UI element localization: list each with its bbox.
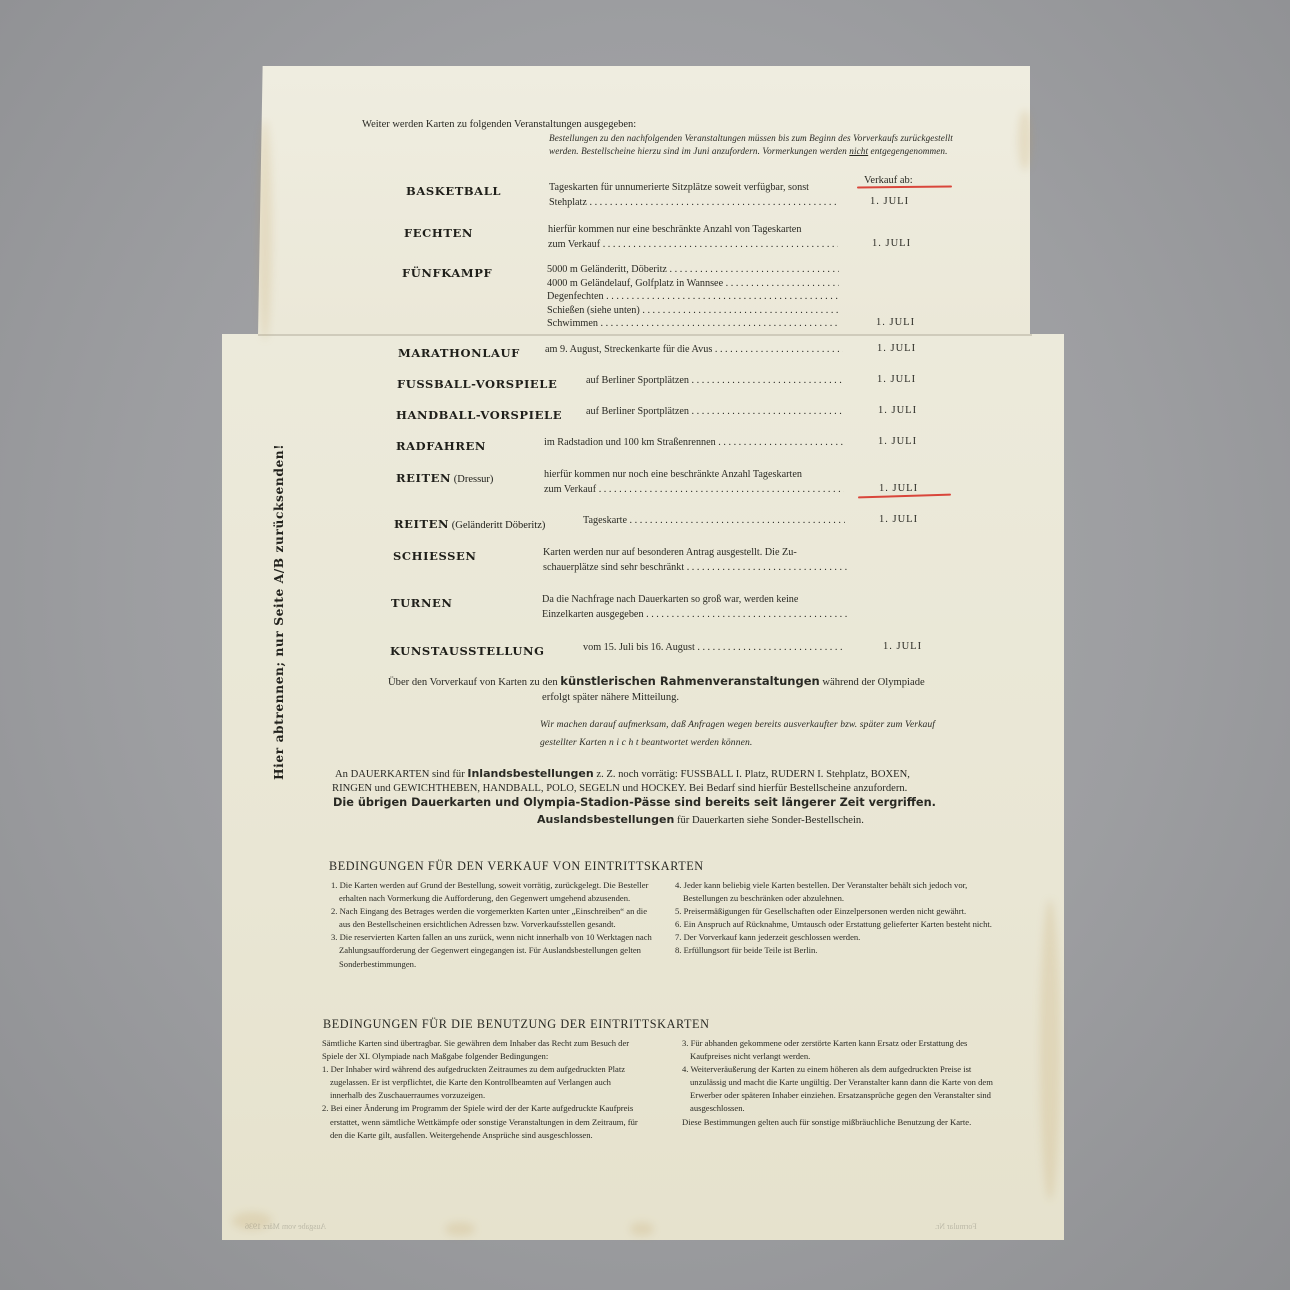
event-name: SCHIESSEN [393, 549, 477, 563]
event-title: RADFAHREN [396, 439, 486, 453]
foreign-orders-text: für Dauerkarten siehe Sonder-Bestellsche… [674, 815, 864, 826]
condition-item: 3. Für abhanden gekommene oder zerstörte… [682, 1037, 1000, 1063]
foreign-orders-emphasis: Auslandsbestellungen [537, 813, 674, 826]
event-title: REITEN [394, 517, 449, 531]
usage-conditions-right: 3. Für abhanden gekommene oder zerstörte… [682, 1037, 1000, 1129]
sales-conditions-left: 1. Die Karten werden auf Grund der Beste… [331, 879, 656, 971]
stain [258, 120, 272, 340]
season-text: z. Z. noch vorrätig: FUSSBALL I. Platz, … [594, 769, 910, 780]
notice-emphasis: künstlerischen Rahmenveranstaltungen [560, 674, 819, 688]
event-title: FUSSBALL-VORSPIELE [397, 377, 557, 391]
event-description-line: Da die Nachfrage nach Dauerkarten so gro… [542, 593, 847, 607]
event-description-line: 5000 m Geländeritt, Döberitz [547, 263, 839, 277]
event-description-line: Schwimmen [547, 317, 839, 331]
event-name: REITEN (Dressur) [396, 471, 493, 485]
event-title: TURNEN [391, 596, 453, 610]
stain [445, 1222, 475, 1236]
stain [1018, 110, 1032, 170]
event-title: BASKETBALL [406, 184, 501, 198]
sales-conditions-title: BEDINGUNGEN FÜR DEN VERKAUF VON EINTRITT… [329, 859, 704, 874]
sale-date: 1. JULI [883, 641, 922, 652]
event-title: FECHTEN [404, 226, 473, 240]
condition-item: 2. Bei einer Änderung im Programm der Sp… [322, 1102, 644, 1141]
event-name: KUNSTAUSSTELLUNG [390, 644, 545, 658]
season-emphasis: Inlandsbestellungen [467, 767, 593, 780]
detach-instruction: Hier abtrennen; nur Seite A/B zurücksend… [272, 444, 286, 780]
event-name: FÜNFKAMPF [402, 266, 492, 280]
condition-item: 6. Ein Anspruch auf Rücknahme, Umtausch … [675, 918, 995, 931]
event-name: REITEN (Geländeritt Döberitz) [394, 517, 545, 531]
sale-start-header: Verkauf ab: [864, 175, 913, 186]
event-subtitle: (Dressur) [451, 474, 493, 485]
event-title: KUNSTAUSSTELLUNG [390, 644, 545, 658]
sale-date: 1. JULI [876, 317, 915, 328]
event-description-line: im Radstadion und 100 km Straßenrennen [544, 436, 844, 450]
usage-items-left: 1. Der Inhaber wird während des aufgedru… [322, 1063, 644, 1142]
fold-crease [258, 334, 1032, 336]
notice-text: Über den Vorverkauf von Karten zu den [388, 677, 560, 688]
condition-item: 8. Erfüllungsort für beide Teile ist Ber… [675, 944, 995, 957]
usage-intro: Sämtliche Karten sind übertragbar. Sie g… [322, 1037, 644, 1063]
event-description-line: Karten werden nur auf besonderen Antrag … [543, 546, 847, 560]
order-note-line-1: Bestellungen zu den nachfolgenden Verans… [549, 133, 953, 143]
sale-date: 1. JULI [872, 238, 911, 249]
note-text: werden. Bestellscheine hierzu sind im Ju… [549, 146, 849, 156]
event-description-line: 4000 m Geländelauf, Golfplatz in Wannsee [547, 277, 839, 291]
note-text: entgegengenommen. [868, 146, 947, 156]
event-description-line: am 9. August, Streckenkarte für die Avus [545, 343, 843, 357]
event-subtitle: (Geländeritt Döberitz) [449, 520, 545, 531]
event-name: RADFAHREN [396, 439, 486, 453]
event-title: MARATHONLAUF [398, 346, 520, 360]
usage-conditions-title: BEDINGUNGEN FÜR DIE BENUTZUNG DER EINTRI… [323, 1017, 709, 1032]
season-tickets-sold-out: Die übrigen Dauerkarten und Olympia-Stad… [333, 796, 936, 809]
condition-item: 4. Jeder kann beliebig viele Karten best… [675, 879, 995, 905]
event-name: FUSSBALL-VORSPIELE [397, 377, 557, 391]
condition-item: 3. Die reservierten Karten fallen an uns… [331, 931, 656, 970]
event-description-line: hierfür kommen nur noch eine beschränkte… [544, 468, 844, 482]
event-description-line: Stehplatz [549, 196, 839, 210]
event-name: MARATHONLAUF [398, 346, 520, 360]
event-title: REITEN [396, 471, 451, 485]
event-description-line: Schießen (siehe unten) [547, 304, 839, 318]
sale-date: 1. JULI [877, 343, 916, 354]
show-through-text: Ausgabe vom März 1936 [245, 1222, 326, 1231]
event-title: HANDBALL-VORSPIELE [396, 408, 562, 422]
intro-text: Weiter werden Karten zu folgenden Verans… [362, 119, 636, 130]
hint-line-2: gestellter Karten n i c h t beantwortet … [540, 737, 752, 748]
art-events-notice-line-2: erfolgt später nähere Mitteilung. [542, 691, 679, 706]
condition-item: Diese Bestimmungen gelten auch für sonst… [682, 1116, 1000, 1129]
usage-conditions-left: Sämtliche Karten sind übertragbar. Sie g… [322, 1037, 644, 1142]
condition-item: 2. Nach Eingang des Betrages werden die … [331, 905, 656, 931]
condition-item: 1. Die Karten werden auf Grund der Beste… [331, 879, 656, 905]
show-through-text: Formular Nr. [935, 1222, 977, 1231]
event-description-line: hierfür kommen nur eine beschränkte Anza… [548, 223, 838, 237]
order-note-line-2: werden. Bestellscheine hierzu sind im Ju… [549, 146, 948, 156]
condition-item: 4. Weiterveräußerung der Karten zu einem… [682, 1063, 1000, 1115]
event-description-line: auf Berliner Sportplätzen [586, 405, 844, 419]
event-name: TURNEN [391, 596, 453, 610]
stain [630, 1222, 654, 1236]
event-name: FECHTEN [404, 226, 473, 240]
event-name: HANDBALL-VORSPIELE [396, 408, 562, 422]
season-text: An DAUERKARTEN sind für [335, 769, 467, 780]
condition-item: 7. Der Vorverkauf kann jederzeit geschlo… [675, 931, 995, 944]
event-description-line: Degenfechten [547, 290, 839, 304]
event-title: FÜNFKAMPF [402, 266, 492, 280]
event-description-line: zum Verkauf [548, 238, 838, 252]
event-description-line: schauerplätze sind sehr beschränkt [543, 561, 847, 575]
event-description-line: Einzelkarten ausgegeben [542, 608, 847, 622]
notice-text: während der Olympiade [820, 677, 925, 688]
hint-line-1: Wir machen darauf aufmerksam, daß Anfrag… [540, 719, 935, 730]
event-description-line: auf Berliner Sportplätzen [586, 374, 844, 388]
sale-date: 1. JULI [877, 374, 916, 385]
sale-date: 1. JULI [879, 483, 918, 494]
event-name: BASKETBALL [406, 184, 501, 198]
season-tickets-line-2: RINGEN und GEWICHTHEBEN, HANDBALL, POLO,… [332, 782, 907, 797]
stain [1040, 900, 1060, 1200]
event-title: SCHIESSEN [393, 549, 477, 563]
art-events-notice: Über den Vorverkauf von Karten zu den kü… [388, 674, 925, 691]
condition-item: 5. Preisermäßigungen für Gesellschaften … [675, 905, 995, 918]
sales-conditions-right: 4. Jeder kann beliebig viele Karten best… [675, 879, 995, 958]
condition-item: 1. Der Inhaber wird während des aufgedru… [322, 1063, 644, 1102]
season-tickets-line-1: An DAUERKARTEN sind für Inlandsbestellun… [335, 767, 910, 783]
note-emphasis: nicht [849, 146, 868, 156]
foreign-orders-line: Auslandsbestellungen für Dauerkarten sie… [537, 813, 864, 829]
sale-date: 1. JULI [878, 405, 917, 416]
event-description-line: Tageskarte [583, 514, 845, 528]
sale-date: 1. JULI [878, 436, 917, 447]
event-description-line: Tageskarten für unnumerierte Sitzplätze … [549, 181, 839, 195]
sale-date: 1. JULI [879, 514, 918, 525]
event-description-line: vom 15. Juli bis 16. August [583, 641, 845, 655]
sale-date: 1. JULI [870, 196, 909, 207]
event-description-line: zum Verkauf [544, 483, 844, 497]
